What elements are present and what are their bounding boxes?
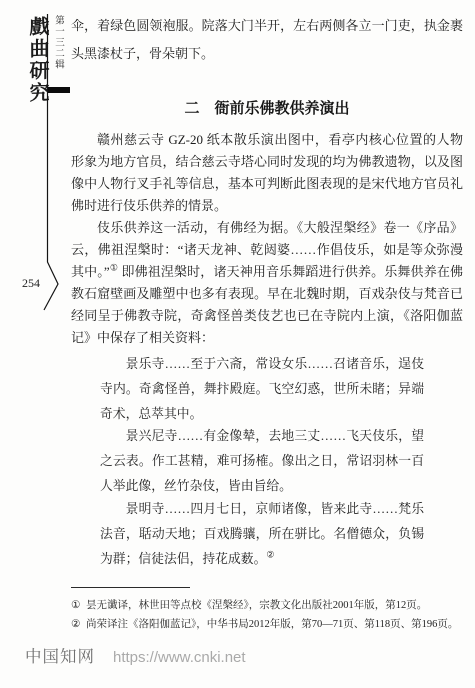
volume-label: 第一三二辑 [51,15,65,89]
block-quote-jingmingsi-text: 景明寺……四月七日，京师诸像，皆来此寺……梵乐法音，聒动天地；百戏腾骧，所在骈比… [100,502,424,566]
paragraph-2: 伎乐供养这一活动，有佛经为据。《大般涅槃经》卷一《序品》云，佛祖涅槃时：“诸天龙… [71,217,463,349]
footnotes: ①昙无谶译，林世田等点校《涅槃经》，宗教文化出版社2001年版，第12页。 ②尚… [71,596,471,634]
footnote-1-marker: ① [71,596,86,615]
footnote-ref-1: ① [110,263,118,273]
page-number: 254 [22,276,40,291]
carryover-paragraph: 伞，着绿色圆领袍服。院落大门半开，左右两侧各立一门吏，执金裹头黑漆杖子，骨朵朝下… [71,12,463,68]
cnki-brand: 中国知网 [25,648,95,666]
volume-divider-bar [48,87,70,93]
footnote-ref-2: ② [266,550,274,560]
block-quote-jingxingnisi: 景兴尼寺……有金像辇，去地三丈……飞天伎乐，望之云表。作工甚精，难可扬榷。像出之… [100,424,424,499]
footnote-2-marker: ② [71,615,86,634]
journal-title-calligraphy: 戲曲研究 [24,15,53,112]
block-quote-jingmingsi: 景明寺……四月七日，京师诸像，皆来此寺……梵乐法音，聒动天地；百戏腾骧，所在骈比… [100,497,424,572]
block-quote-jinglesi: 景乐寺……至于六斋，常设女乐……召诸音乐，逞伎寺内。奇禽怪兽，舞抃殿庭。飞空幻惑… [100,352,424,427]
cnki-url: https://www.cnki.net [113,649,246,666]
section-heading: 二 衙前乐佛教供养演出 [71,97,463,118]
footnote-1-text: 昙无谶译，林世田等点校《涅槃经》，宗教文化出版社2001年版，第12页。 [86,600,427,611]
cnki-watermark: 中国知网https://www.cnki.net [25,643,246,667]
paragraph-1: 赣州慈云寺 GZ-20 纸本散乐演出图中，看亭内核心位置的人物形象为地方官员，结… [71,129,463,217]
footnote-divider [71,587,190,588]
footnote-2-text: 尚荣译注《洛阳伽蓝记》，中华书局2012年版，第70—71页、第118页、第19… [86,619,458,630]
paragraph-2-text-cont: 即佛祖涅槃时，诸天神用音乐舞蹈进行供养。乐舞供养在佛教石窟壁画及雕塑中也多有表现… [71,264,463,345]
footnote-2: ②尚荣译注《洛阳伽蓝记》，中华书局2012年版，第70—71页、第118页、第1… [71,615,471,634]
footnote-1: ①昙无谶译，林世田等点校《涅槃经》，宗教文化出版社2001年版，第12页。 [71,596,471,615]
